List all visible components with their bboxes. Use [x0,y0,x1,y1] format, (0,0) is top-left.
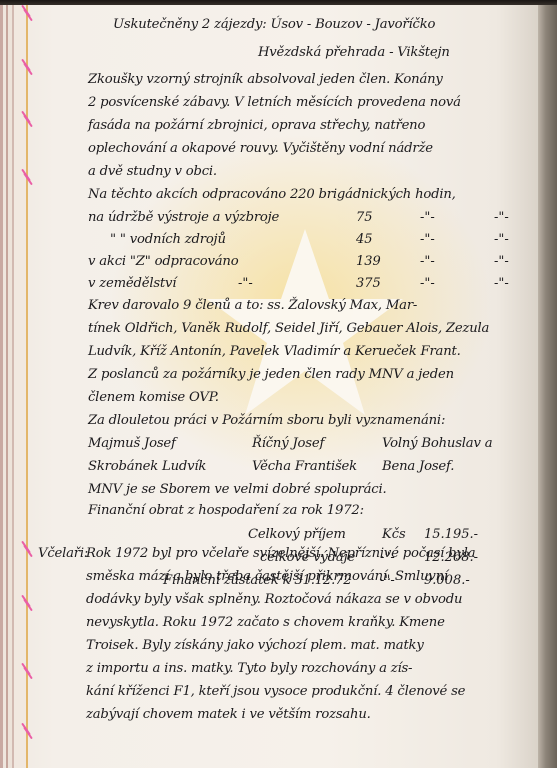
beekeepers-line: kání kříženci F1, kteří jsou vysoce prod… [86,684,465,699]
paragraph-line: členem komise OVP. [88,390,219,405]
stitch-mark-icon [19,6,35,20]
stitch-mark-icon [19,112,35,126]
cooperation-line: MNV je se Sborem ve velmi dobré spoluprá… [88,482,386,497]
finance-currency: Kčs [382,527,406,542]
stitch-mark-icon [19,170,35,184]
paragraph-line: tínek Oldřich, Vaněk Rudolf, Seidel Jiří… [88,321,489,336]
beekeepers-label: Včelaři: [38,546,88,561]
stitch-mark-icon [19,542,35,556]
hours-value: 375 [356,276,381,291]
stitch-mark-icon [19,60,35,74]
ditto-mark: -"- [238,276,253,291]
hours-intro: Na těchto akcích odpracováno 220 brigádn… [88,187,456,202]
paragraph-line: Ludvík, Kříž Antonín, Pavelek Vladimír a… [88,344,461,359]
ditto-mark: -"- [420,210,435,225]
trip-line-1: Uskutečněny 2 zájezdy: Úsov - Bouzov - J… [113,17,435,32]
ditto-mark: -"- [420,232,435,247]
paragraph-line: a dvě studny v obci. [88,164,217,179]
awardee-name: Skrobánek Ludvík [88,459,206,474]
stitch-mark-icon [19,724,35,738]
ditto-mark: -"- [420,276,435,291]
ditto-mark: -"- [494,232,509,247]
beekeepers-line: nevyskytla. Roku 1972 začato s chovem kr… [86,615,445,630]
paragraph-line: fasáda na požární zbrojnici, oprava stře… [88,118,425,133]
stitch-mark-icon [19,664,35,678]
awardee-name: Věcha František [252,459,357,474]
beekeepers-line: Troisek. Byly získány jako výchozí plem.… [86,638,424,653]
paragraph-line: Krev darovalo 9 členů a to: ss. Žalovský… [88,298,417,313]
paragraph-line: 2 posvícenské zábavy. V letních měsících… [88,95,461,110]
awardee-name: Bena Josef. [382,459,454,474]
finance-label: Celkový příjem [248,527,346,542]
hours-value: 75 [356,210,373,225]
ditto-mark: -"- [494,210,509,225]
award-intro: Za dlouletou práci v Požárním sboru byli… [88,413,445,428]
beekeepers-line: z importu a ins. matky. Tyto byly rozcho… [86,661,412,676]
hours-label: na údržbě výstroje a výzbroje [88,210,279,225]
beekeepers-line: směska mází a bylo třeba častější přikrm… [86,569,448,584]
awardee-name: Majmuš Josef [88,436,176,451]
hours-label: v akci "Z" odpracováno [88,254,238,269]
awardee-name: Volný Bohuslav a [382,436,492,451]
hours-label: v zemědělství [88,276,176,291]
book-right-edge [538,5,557,768]
ditto-mark: -"- [494,254,509,269]
beekeepers-line: zabývají chovem matek i ve větším rozsah… [86,707,371,722]
hours-label: " " vodních zdrojů [110,232,226,247]
paragraph-line: Zkoušky vzorný strojník absolvoval jeden… [88,72,443,87]
hours-value: 45 [356,232,373,247]
paragraph-line: oplechování a okapové rouvy. Vyčištěny v… [88,141,433,156]
ditto-mark: -"- [420,254,435,269]
paragraph-line: Z poslanců za požárníky je jeden člen ra… [88,367,454,382]
beekeepers-line: dodávky byly však splněny. Roztočová nák… [86,592,462,607]
ditto-mark: -"- [494,276,509,291]
finance-intro: Finanční obrat z hospodaření za rok 1972… [88,503,364,518]
awardee-name: Říčný Josef [252,436,324,451]
trip-line-2: Hvězdská přehrada - Vikštejn [258,45,450,60]
finance-amount: 15.195.- [424,527,478,542]
hours-value: 139 [356,254,381,269]
stitch-mark-icon [19,596,35,610]
beekeepers-line: Rok 1972 byl pro včelaře svízelnější. Ne… [86,546,475,561]
